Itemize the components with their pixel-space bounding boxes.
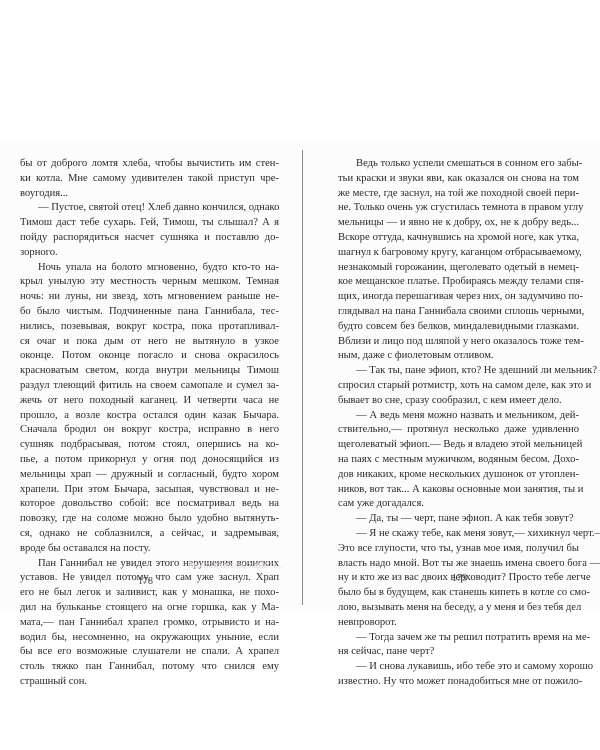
- page-number-right: 179: [452, 573, 467, 584]
- text-line: Сначала бродил он вокруг костра, исправн…: [20, 423, 279, 438]
- text-line: мельницы — и явно не к добру, ох, не к д…: [338, 216, 579, 231]
- text-line: ствительно,— протянул несколько даже уди…: [338, 423, 579, 438]
- text-line: его не был легок и заливист, как у монаш…: [20, 586, 279, 601]
- text-line: пье, а потом прикорнул у огня под донося…: [20, 453, 279, 468]
- text-line: водил бы, несомненно, на окружающих унын…: [20, 631, 279, 646]
- paragraph: бы от доброго ломтя хлеба, чтобы вычисти…: [20, 157, 279, 201]
- text-line: щеголеватый эфиоп.— Ведь я владею этой м…: [338, 438, 579, 453]
- text-line: сушняк подбрасывая, потом стоял, опершис…: [20, 438, 279, 453]
- text-line: Ведь только успели смешаться в сонном ег…: [338, 157, 579, 172]
- text-line: власть надо мной. Вот ты же знаешь имена…: [338, 557, 579, 572]
- text-line: раздул тлеющий фитиль на своем самопале …: [20, 379, 279, 394]
- text-line: кое мещанское платье. Пробираясь между т…: [338, 275, 579, 290]
- paragraph: — Так ты, пане эфиоп, кто? Не здешний ли…: [338, 364, 579, 408]
- text-line: ночь: ни луны, ни звезд, хоть мгновением…: [20, 290, 279, 305]
- left-page: бы от доброго ломтя хлеба, чтобы вычисти…: [20, 157, 279, 690]
- page-number-left: 178: [138, 576, 153, 587]
- text-line: шагнул к багровому кругу, каганцом отбра…: [338, 246, 579, 261]
- text-line: — Да, ты — черт, пане эфиоп. А как тебя …: [338, 512, 579, 527]
- text-line: сам уже догадался.: [338, 497, 579, 512]
- text-line: крыл унылую эту местность черным мешком.…: [20, 275, 279, 290]
- text-line: ня сейчас, пане черт?: [338, 645, 579, 660]
- text-line: — Тогда зачем же ты решил потратить врем…: [338, 631, 579, 646]
- text-line: Это все глупости, что ты, узнав мое имя,…: [338, 542, 579, 557]
- text-line: Тимош даст тебе сухарь. Гей, Тимош, ты с…: [20, 216, 279, 231]
- text-line: бо было чистым. Подчиненные пана Ганниба…: [20, 305, 279, 320]
- text-line: — Так ты, пане эфиоп, кто? Не здешний ли…: [338, 364, 579, 379]
- text-line: известно. Ну что может понадобиться мне …: [338, 675, 579, 690]
- text-line: же месте, где заснул, на той же походной…: [338, 187, 579, 202]
- text-line: нились, позевывая, вокруг костра, пока п…: [20, 320, 279, 335]
- paragraph: — И снова лукавишь, ибо тебе это и самом…: [338, 660, 579, 690]
- text-line: — А ведь меня можно назвать и мельником,…: [338, 409, 579, 424]
- text-line: лою, вызывать меня на беседу, а у меня и…: [338, 601, 579, 616]
- text-line: повозку, где на соломе можно было удобно…: [20, 512, 279, 527]
- right-page: Ведь только успели смешаться в сонном ег…: [338, 157, 579, 690]
- text-line: спросил старый ротмистр, хоть на самом д…: [338, 379, 579, 394]
- text-line: дил на бульканье стоящего на огне горшка…: [20, 601, 279, 616]
- text-line: жечь от него походный каганец. И четверт…: [20, 394, 279, 409]
- text-line: глядывал на пана Ганнибала своими сплошь…: [338, 305, 579, 320]
- paragraph: — А ведь меня можно назвать и мельником,…: [338, 409, 579, 513]
- text-line: красноватым светом, когда внутри мельниц…: [20, 364, 279, 379]
- text-line: воугодия...: [20, 187, 279, 202]
- text-line: зорного.: [20, 246, 279, 261]
- text-line: ся, однако не соблазнился, а сейчас, и з…: [20, 527, 279, 542]
- paragraph: — Тогда зачем же ты решил потратить врем…: [338, 631, 579, 661]
- text-line: будто совсем без белков, миндалевидными …: [338, 320, 579, 335]
- text-line: бывает во сне, сразу сообразил, с кем им…: [338, 394, 579, 409]
- text-line: дов никаких, кроме нескольких душонок от…: [338, 468, 579, 483]
- book-spine: [302, 150, 303, 605]
- paragraph: — Да, ты — черт, пане эфиоп. А как тебя …: [338, 512, 579, 527]
- text-line: — И снова лукавишь, ибо тебе это и самом…: [338, 660, 579, 675]
- text-line: незнакомый горожанин, щеголевато одетый …: [338, 261, 579, 276]
- text-line: вроде бы оставался на посту.: [20, 542, 279, 557]
- text-line: ся очаг и пока дым от него не вытянуло в…: [20, 335, 279, 350]
- text-line: невпроворот.: [338, 616, 579, 631]
- paragraph: — Пустое, святой отец! Хлеб давно кончил…: [20, 201, 279, 260]
- text-line: не. Только очень уж сгустилась темнота в…: [338, 201, 579, 216]
- paragraph: Ведь только успели смешаться в сонном ег…: [338, 157, 579, 364]
- text-line: на паях с местным мужичком, водяным бесо…: [338, 453, 579, 468]
- text-line: бы от доброго ломтя хлеба, чтобы вычисти…: [20, 157, 279, 172]
- text-line: было бы в будущем, как станешь кипеть в …: [338, 586, 579, 601]
- text-line: ным, даже с фиолетовым отливом.: [338, 349, 579, 364]
- text-line: мельницы храп — дружный и согласный, буд…: [20, 468, 279, 483]
- text-line: которое довольство собой: все посматрива…: [20, 497, 279, 512]
- text-line: страшный сон.: [20, 675, 279, 690]
- text-line: — Пустое, святой отец! Хлеб давно кончил…: [20, 201, 279, 216]
- text-line: храпели. При этом Бычара, засыпая, чувст…: [20, 483, 279, 498]
- text-line: Вблизи и лицо под шляпой у него оказалос…: [338, 335, 579, 350]
- text-line: прошло, а возле костра остался один каза…: [20, 409, 279, 424]
- text-line: пойду распорядиться насчет сушняка и пос…: [20, 231, 279, 246]
- bleed-through-text: не пригнется, пане ч...: [188, 560, 283, 571]
- text-line: щих, иногда перешагивая через них, он за…: [338, 290, 579, 305]
- text-line: оконце. Потом оконце погасло и снова окр…: [20, 349, 279, 364]
- text-line: бы все его возможные слушатели не спали.…: [20, 645, 279, 660]
- paragraph: Ночь упала на болото мгновенно, будто кт…: [20, 261, 279, 557]
- text-line: ников, вот так... А каковы основные мои …: [338, 483, 579, 498]
- text-line: тьи краски и звуки яви, как оказался он …: [338, 172, 579, 187]
- text-line: столь тяжко пан Ганнибал, потому что сни…: [20, 660, 279, 675]
- text-line: мата,— пан Ганнибал храпел громко, отрыв…: [20, 616, 279, 631]
- text-line: ки котла. Мне самому удивителен такой пр…: [20, 172, 279, 187]
- text-line: — Я не скажу тебе, как меня зовут,— хихи…: [338, 527, 579, 542]
- text-line: Ночь упала на болото мгновенно, будто кт…: [20, 261, 279, 276]
- text-line: Вскоре оттуда, качнувшись на хромой ноге…: [338, 231, 579, 246]
